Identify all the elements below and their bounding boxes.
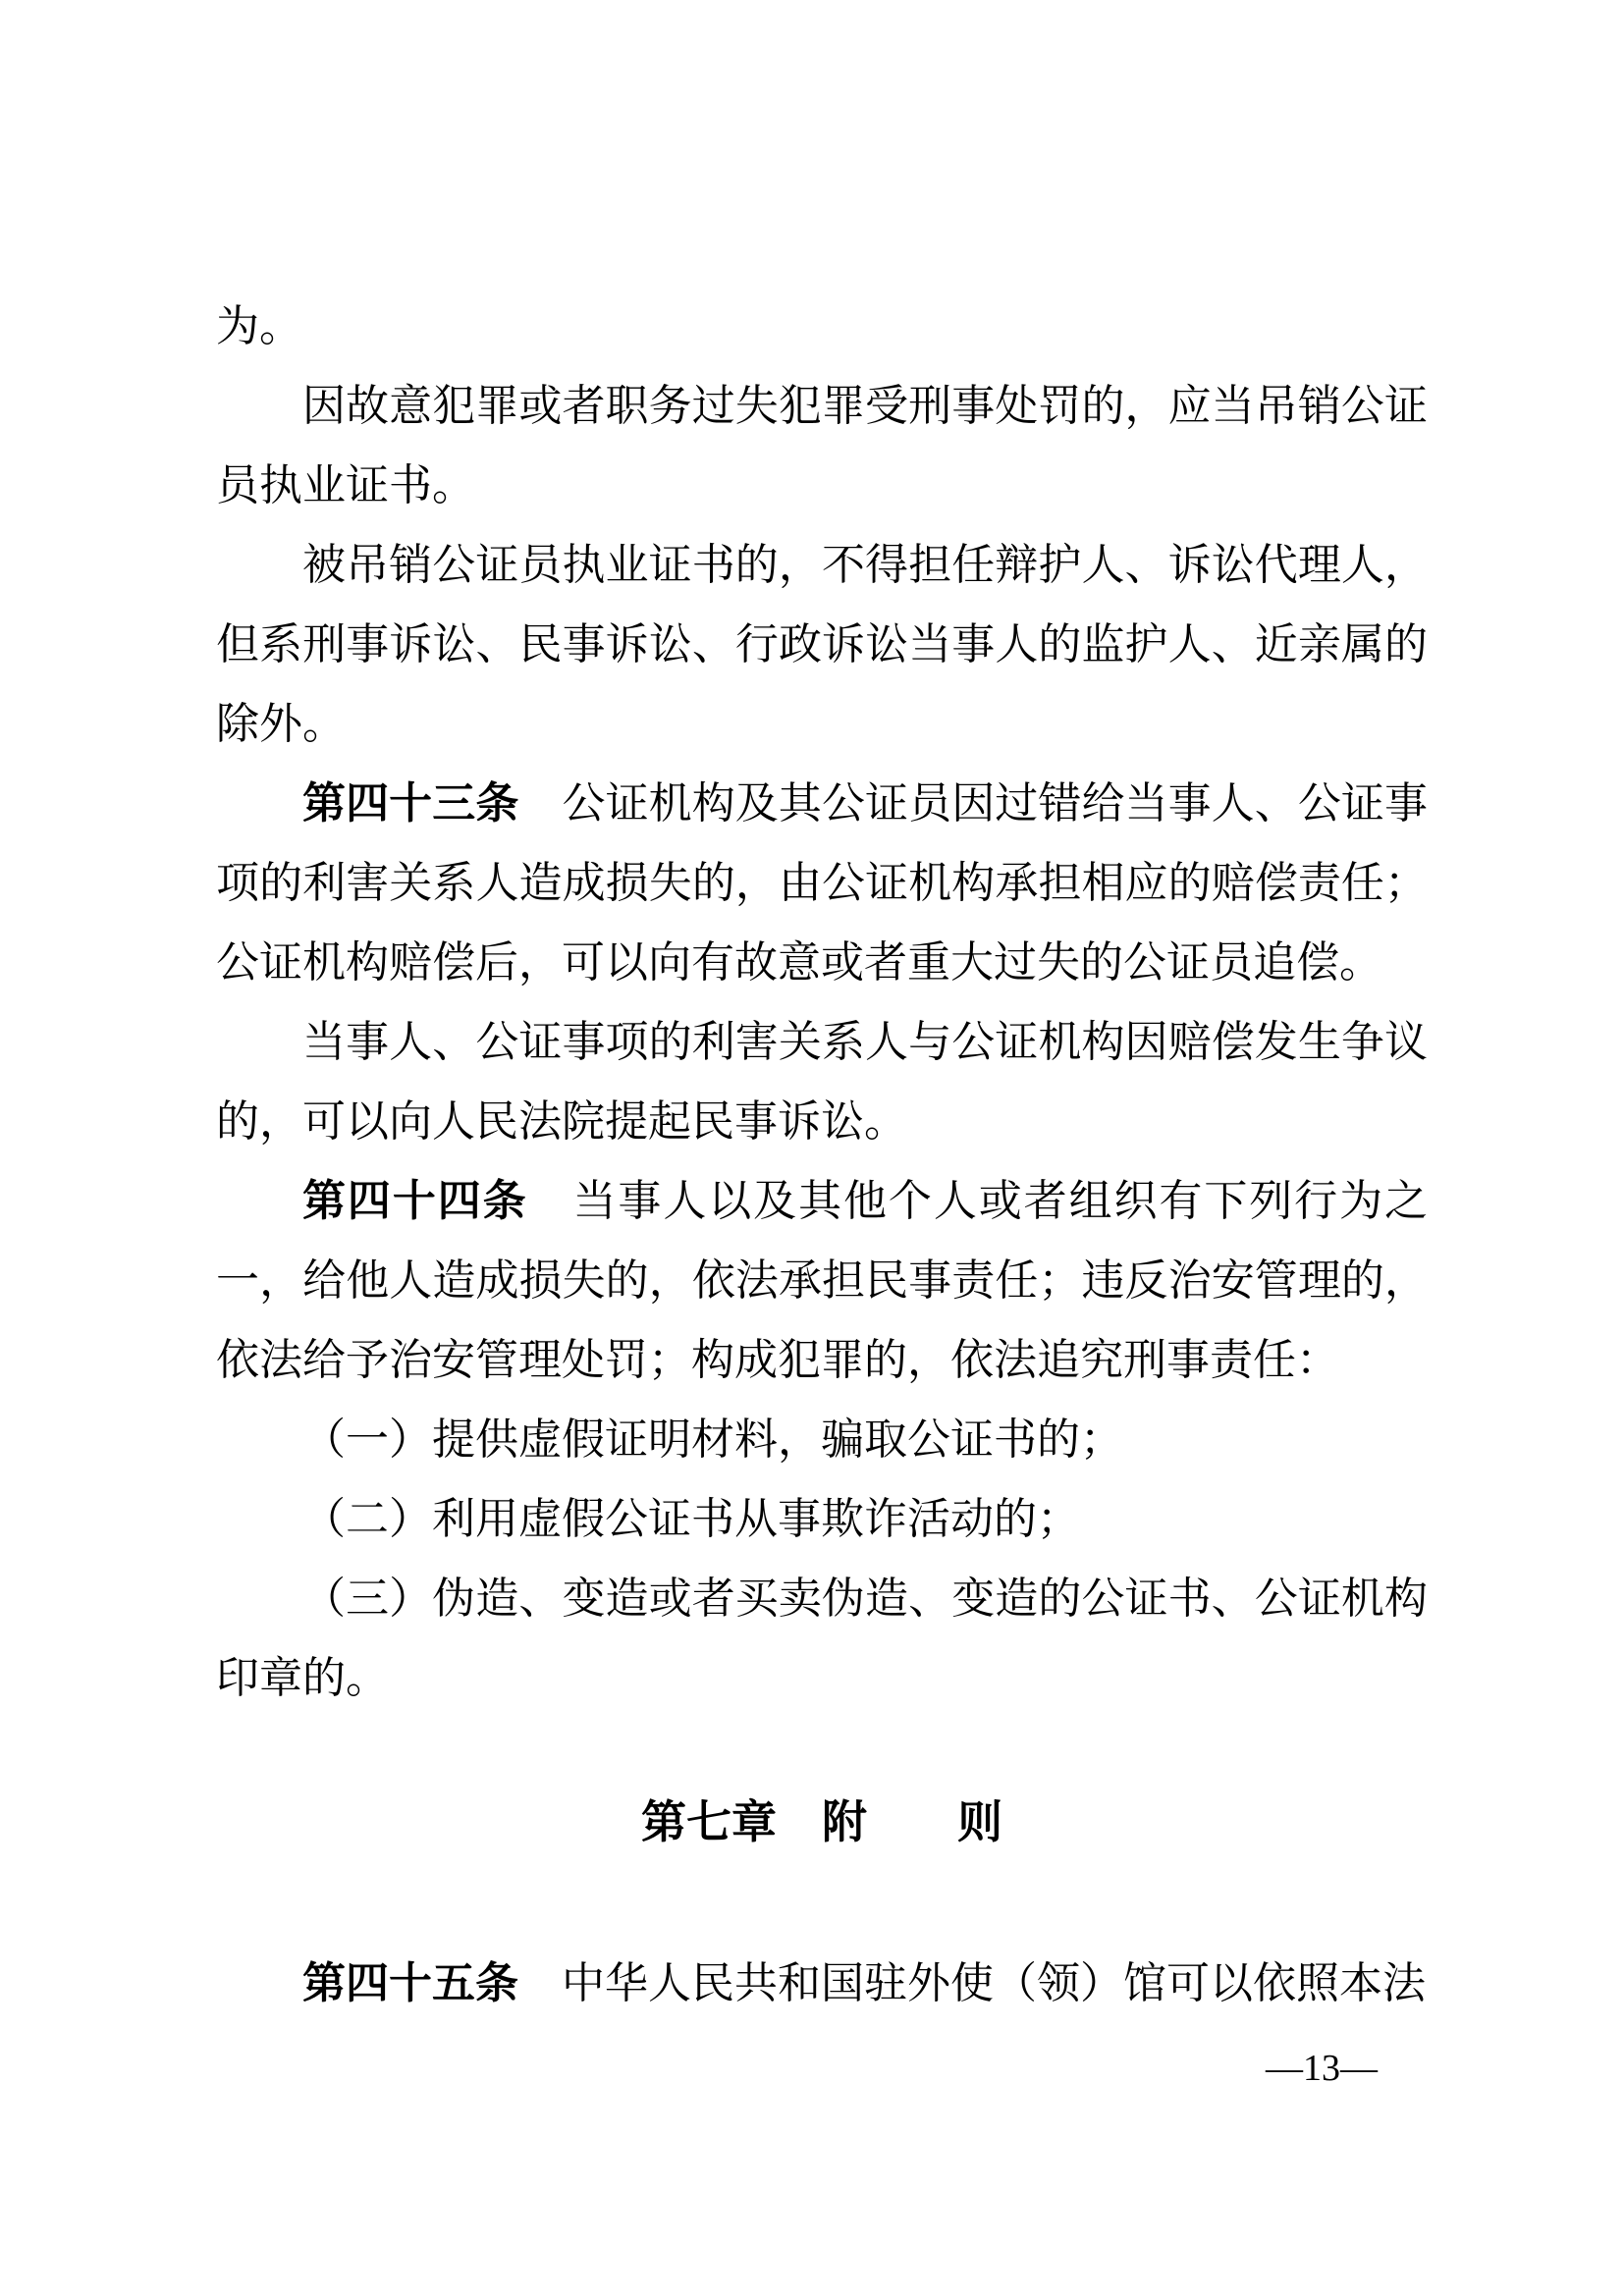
paragraph-article-44: 第四十四条 当事人以及其他个人或者组织有下列行为之一，给他人造成损失的，依法承担… — [216, 1161, 1428, 1400]
document-page: 为。 因故意犯罪或者职务过失犯罪受刑事处罚的，应当吊销公证员执业证书。 被吊销公… — [0, 0, 1624, 2296]
paragraph-revoked-restrictions: 被吊销公证员执业证书的，不得担任辩护人、诉讼代理人，但系刑事诉讼、民事诉讼、行政… — [216, 525, 1428, 764]
paragraph-article-45: 第四十五条 中华人民共和国驻外使（领）馆可以依照本法 — [216, 1944, 1428, 2023]
list-item-3: （三）伪造、变造或者买卖伪造、变造的公证书、公证机构印章的。 — [216, 1559, 1428, 1718]
paragraph-dispute-litigation: 当事人、公证事项的利害关系人与公证机构因赔偿发生争议的，可以向人民法院提起民事诉… — [216, 1002, 1428, 1161]
page-number: —13— — [1266, 2047, 1378, 2090]
article-45-text: 中华人民共和国驻外使（领）馆可以依照本法 — [518, 1959, 1426, 2007]
chapter-heading: 第七章 附 则 — [216, 1783, 1428, 1862]
article-45-number: 第四十五条 — [302, 1959, 518, 2007]
article-44-number: 第四十四条 — [302, 1177, 528, 1225]
paragraph-continuation: 为。 — [216, 287, 1428, 366]
article-43-number: 第四十三条 — [302, 779, 518, 828]
list-item-1: （一）提供虚假证明材料，骗取公证书的； — [216, 1400, 1428, 1479]
document-body: 为。 因故意犯罪或者职务过失犯罪受刑事处罚的，应当吊销公证员执业证书。 被吊销公… — [216, 287, 1428, 2023]
list-item-2: （二）利用虚假公证书从事欺诈活动的； — [216, 1479, 1428, 1559]
paragraph-revocation: 因故意犯罪或者职务过失犯罪受刑事处罚的，应当吊销公证员执业证书。 — [216, 366, 1428, 525]
paragraph-article-43: 第四十三条 公证机构及其公证员因过错给当事人、公证事项的利害关系人造成损失的，由… — [216, 764, 1428, 1002]
